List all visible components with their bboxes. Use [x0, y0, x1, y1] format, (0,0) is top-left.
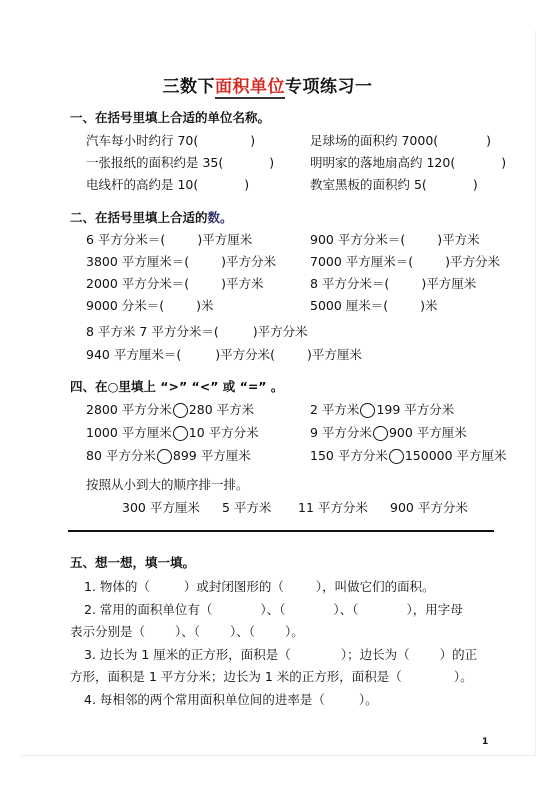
page-title: 三数下面积单位专项练习一: [0, 72, 535, 97]
unit-text: )平方厘米: [197, 232, 252, 247]
section1-item: 一张报纸的面积约是 35(): [86, 153, 274, 171]
unit-text: )平方分米(: [215, 347, 275, 362]
question-text: 1. 物体的（: [84, 579, 150, 594]
paren-close: ): [250, 133, 255, 148]
question-text: 6 平方分米＝(: [86, 232, 165, 247]
conversion-item: 8 平方米 7 平方分米＝()平方分米: [86, 322, 308, 340]
unit-text: )米: [196, 298, 213, 313]
question-text: 8 平方米 7 平方分米＝(: [86, 324, 219, 339]
fill-question-3: 3. 边长为 1 厘米的正方形，面积是（）；边长为（）的正: [84, 645, 477, 663]
unit-text: )平方分米: [445, 254, 500, 269]
compare-item: 2 平方米199 平方分米: [310, 400, 454, 418]
compare-circle[interactable]: [389, 449, 404, 464]
right-value: 199 平方分米: [376, 402, 454, 417]
question-text: 5000 厘米＝(: [310, 298, 388, 313]
compare-item: 1000 平方厘米10 平方分米: [86, 423, 259, 441]
compare-circle[interactable]: [157, 449, 172, 464]
question-text: 电线杆的高约是 10(: [86, 177, 198, 192]
right-value: 150000 平方厘米: [405, 448, 507, 463]
question-text: 2. 常用的面积单位有（: [84, 602, 212, 617]
compare-item: 150 平方分米150000 平方厘米: [310, 446, 507, 464]
question-text: 足球场的面积约 7000(: [310, 133, 438, 148]
question-text: 3. 边长为 1 厘米的正方形，面积是（: [84, 647, 291, 662]
order-item: 5 平方米: [222, 498, 271, 516]
left-value: 2800 平方分米: [86, 402, 172, 417]
section1-item: 电线杆的高约是 10(): [86, 175, 249, 193]
question-text: 一张报纸的面积约是 35(: [86, 155, 223, 170]
right-value: 900 平方厘米: [389, 425, 467, 440]
fill-question-1: 1. 物体的（）或封闭图形的（），叫做它们的面积。: [84, 577, 435, 595]
question-text: ）；边长为（: [341, 647, 410, 662]
compare-item: 2800 平方分米280 平方米: [86, 400, 254, 418]
paren-close: ): [269, 155, 274, 170]
right-value: 899 平方厘米: [173, 448, 251, 463]
question-text: 7000 平方厘米＝(: [310, 254, 413, 269]
question-text: 2000 平方分米＝(: [86, 276, 189, 291]
question-text: ）、（: [230, 624, 255, 639]
order-item: 300 平方厘米: [122, 498, 200, 516]
question-text: 3800 平方厘米＝(: [86, 254, 189, 269]
page-number: 1: [482, 737, 488, 747]
question-text: ）或封闭图形的（: [184, 579, 284, 594]
conversion-item: 6 平方分米＝()平方厘米: [86, 230, 252, 248]
fill-question-2-cont: 表示分别是（）、（）、（）。: [70, 622, 304, 640]
question-text: 8 平方分米＝(: [310, 276, 389, 291]
question-text: ）。: [359, 692, 378, 707]
unit-text: )平方厘米: [421, 276, 476, 291]
section2-heading: 二、在括号里填上合适的数。: [70, 208, 233, 226]
unit-text: )米: [420, 298, 437, 313]
section1-item: 汽车每小时约行 70(): [86, 131, 255, 149]
conversion-item: 7000 平方厘米＝()平方分米: [310, 252, 500, 270]
unit-text: )平方分米: [253, 324, 308, 339]
left-value: 150 平方分米: [310, 448, 388, 463]
question-text: 4. 每相邻的两个常用面积单位间的进率是（: [84, 692, 325, 707]
section1-item: 足球场的面积约 7000(): [310, 131, 491, 149]
section1-item: 教室黑板的面积约 5(): [310, 175, 478, 193]
question-text: 汽车每小时约行 70(: [86, 133, 198, 148]
compare-circle[interactable]: [173, 403, 188, 418]
order-item: 900 平方分米: [390, 498, 468, 516]
left-value: 2 平方米: [310, 402, 359, 417]
compare-circle[interactable]: [173, 426, 188, 441]
answer-line[interactable]: [68, 530, 494, 532]
question-text: ）、（: [175, 624, 200, 639]
order-instruction: 按照从小到大的顺序排一排。: [86, 475, 249, 493]
fill-question-3-cont: 方形，面积是 1 平方分米；边长为 1 米的正方形，面积是（）。: [70, 667, 473, 685]
paren-close: ): [486, 133, 491, 148]
fill-question-4: 4. 每相邻的两个常用面积单位间的进率是（）。: [84, 690, 378, 708]
conversion-item: 940 平方厘米＝()平方分米()平方厘米: [86, 345, 362, 363]
compare-item: 9 平方分米900 平方厘米: [310, 423, 467, 441]
question-text: 方形，面积是 1 平方分米；边长为 1 米的正方形，面积是（: [70, 669, 402, 684]
question-text: 表示分别是（: [70, 624, 145, 639]
section4-heading: 四、在○里填上 “>” “<” 或 “=” 。: [70, 377, 283, 395]
question-text: 940 平方厘米＝(: [86, 347, 181, 362]
conversion-item: 9000 分米＝()米: [86, 296, 214, 314]
paren-close: ): [244, 177, 249, 192]
left-value: 80 平方分米: [86, 448, 156, 463]
heading-text: 二、在括号里填上合适的: [70, 210, 208, 225]
section1-item: 明明家的落地扇高约 120(): [310, 153, 506, 171]
heading-end: 数。: [208, 210, 233, 225]
conversion-item: 3800 平方厘米＝()平方分米: [86, 252, 276, 270]
question-text: ）、（: [260, 602, 285, 617]
right-value: 10 平方分米: [189, 425, 259, 440]
section5-heading: 五、想一想，填一填。: [70, 553, 195, 571]
question-text: ）。: [285, 624, 304, 639]
left-value: 1000 平方厘米: [86, 425, 172, 440]
conversion-item: 900 平方分米＝()平方米: [310, 230, 480, 248]
section1-heading: 一、在括号里填上合适的单位名称。: [70, 108, 270, 126]
question-text: ），用字母: [406, 602, 462, 617]
fill-question-2: 2. 常用的面积单位有（）、（）、（），用字母: [84, 600, 463, 618]
question-text: 教室黑板的面积约 5(: [310, 177, 427, 192]
unit-text: )平方米: [221, 276, 263, 291]
paren-close: ): [473, 177, 478, 192]
conversion-item: 2000 平方分米＝()平方米: [86, 274, 264, 292]
question-text: 明明家的落地扇高约 120(: [310, 155, 455, 170]
right-value: 280 平方米: [189, 402, 254, 417]
conversion-item: 8 平方分米＝()平方厘米: [310, 274, 476, 292]
question-text: ）。: [454, 669, 473, 684]
question-text: 9000 分米＝(: [86, 298, 164, 313]
order-item: 11 平方分米: [298, 498, 368, 516]
compare-circle[interactable]: [373, 426, 388, 441]
unit-text: )平方分米: [221, 254, 276, 269]
question-text: ）、（: [333, 602, 358, 617]
title-suffix: 专项练习一: [285, 77, 373, 97]
question-text: ）的正: [440, 647, 478, 662]
compare-circle[interactable]: [360, 403, 375, 418]
conversion-item: 5000 厘米＝()米: [310, 296, 438, 314]
title-prefix: 三数下: [163, 77, 216, 97]
left-value: 9 平方分米: [310, 425, 372, 440]
title-highlight: 面积单位: [215, 77, 285, 99]
unit-text: )平方厘米: [307, 347, 362, 362]
unit-text: )平方米: [437, 232, 479, 247]
question-text: ），叫做它们的面积。: [316, 579, 435, 594]
paren-close: ): [501, 155, 506, 170]
compare-item: 80 平方分米899 平方厘米: [86, 446, 251, 464]
question-text: 900 平方分米＝(: [310, 232, 405, 247]
